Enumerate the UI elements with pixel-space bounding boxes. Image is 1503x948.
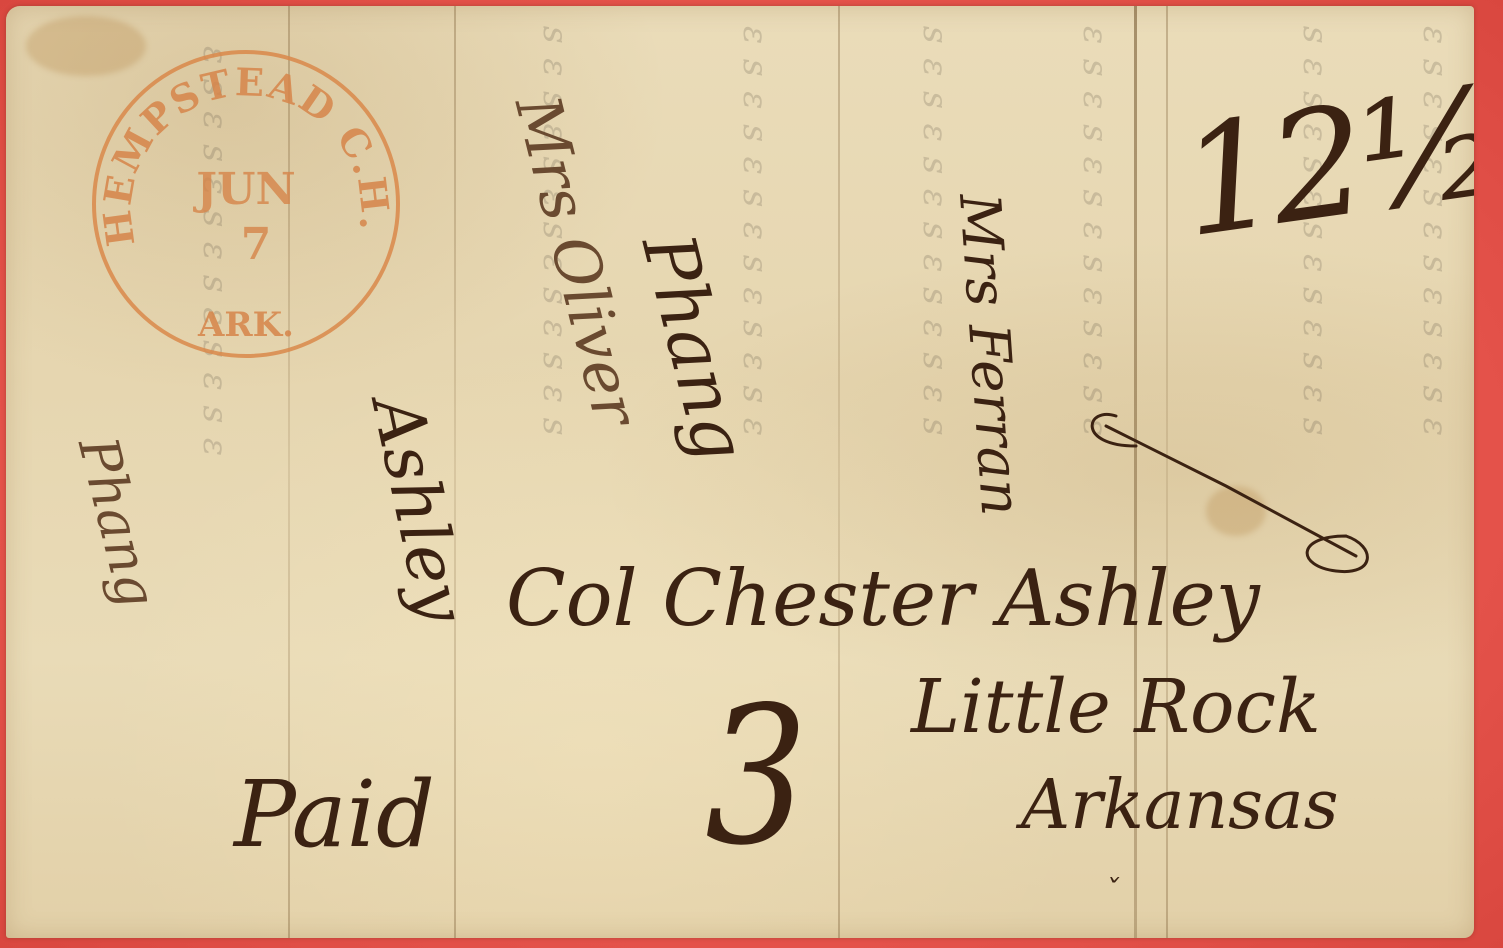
bleed-through-text: ꜱ ɛ ꜱ ɛ ꜱ ɛ ꜱ ɛ ꜱ ɛ ꜱ ɛ ꜱ: [906, 26, 964, 926]
rate-numeral: 3: [705, 666, 808, 887]
address-line-name: Col Chester Ashley: [506, 554, 1260, 644]
fold-line: [838, 6, 840, 938]
circular-postmark: HEMPSTEAD C.H. ARK. JUN 7 HEMPSTEAD C.H.…: [86, 44, 406, 364]
fold-line: [454, 6, 456, 938]
svg-text:7: 7: [241, 219, 272, 270]
address-line-city: Little Rock: [911, 664, 1321, 750]
docket-note-phang-left: Phang: [66, 431, 169, 614]
docket-note-ashley: Ashley: [356, 390, 481, 630]
folded-letter: ɛ ꜱ ɛ ꜱ ɛ ꜱ ɛ ꜱ ɛ ꜱ ɛ ꜱ ɛ ꜱ ɛ ꜱ ɛ ꜱ ɛ ꜱ …: [6, 6, 1474, 938]
svg-text:JUN: JUN: [192, 164, 295, 215]
paid-marking: Paid: [234, 761, 435, 868]
svg-text:ARK.: ARK.: [197, 305, 294, 345]
postmark-ring-icon: HEMPSTEAD C.H. ARK. JUN 7: [86, 44, 406, 364]
pen-tick-mark: ˇ: [1104, 874, 1119, 909]
address-line-state: Arkansas: [1021, 766, 1339, 845]
